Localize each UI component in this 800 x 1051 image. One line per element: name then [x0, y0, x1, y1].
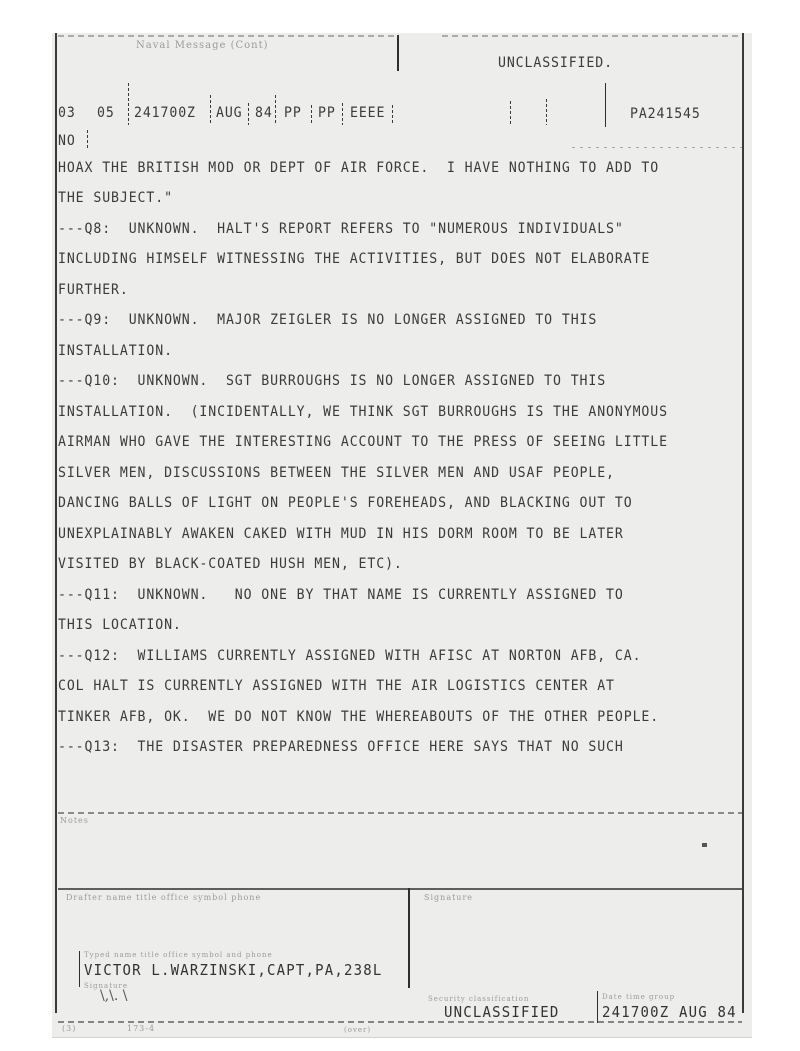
- dtg-label: Date time group: [602, 993, 675, 1001]
- top-rule: [58, 35, 398, 37]
- stray-mark: [702, 843, 707, 847]
- body-line: INSTALLATION. (INCIDENTALLY, WE THINK SG…: [58, 405, 668, 421]
- header-divider: [397, 35, 399, 71]
- field-precedence: 03: [58, 106, 76, 122]
- dtg-value: 241700Z AUG 84: [602, 1005, 737, 1022]
- form-code-right: (over): [344, 1026, 371, 1034]
- form-code-left: (3): [62, 1024, 76, 1033]
- footer-divider: [408, 888, 410, 988]
- body-line: ---Q12: WILLIAMS CURRENTLY ASSIGNED WITH…: [58, 649, 641, 665]
- security-value: UNCLASSIFIED: [444, 1005, 560, 1022]
- dtg-divider: [597, 991, 598, 1023]
- originator-id: PA241545: [630, 107, 701, 123]
- notes-top-rule: [58, 812, 742, 814]
- form-title-faint: Naval Message (Cont): [136, 40, 269, 51]
- body-line: VISITED BY BLACK-COATED HUSH MEN, ETC).: [58, 557, 403, 573]
- header-bottom-rule: [572, 147, 742, 148]
- notes-label: Notes: [60, 816, 89, 825]
- body-line: THE SUBJECT.": [58, 191, 173, 207]
- body-line: TINKER AFB, OK. WE DO NOT KNOW THE WHERE…: [58, 710, 659, 726]
- signature: \,\. \: [100, 988, 128, 1004]
- header-col-divider: [275, 95, 276, 125]
- field-month: AUG: [216, 106, 243, 122]
- body-line: THIS LOCATION.: [58, 618, 182, 634]
- header-col-divider: [87, 130, 88, 150]
- drafter-label: Drafter name title office symbol phone: [66, 893, 261, 902]
- releaser-label: Signature: [424, 893, 473, 902]
- form-code-mid: 173-4: [127, 1024, 155, 1033]
- header-col-divider: [342, 103, 343, 125]
- row-label-no: NO: [58, 134, 76, 150]
- body-line: UNEXPLAINABLY AWAKEN CAKED WITH MUD IN H…: [58, 527, 624, 543]
- signer-name: VICTOR L.WARZINSKI,CAPT,PA,238L: [84, 963, 383, 980]
- field-year: 84: [255, 106, 273, 122]
- drafter-top-rule: [58, 888, 742, 890]
- header-col-divider: [311, 105, 312, 125]
- top-rule-right: [442, 35, 742, 37]
- form-bottom-rule: [58, 1021, 742, 1023]
- body-line: FURTHER.: [58, 283, 129, 299]
- field-prec-action: PP: [284, 106, 302, 122]
- body-line: SILVER MEN, DISCUSSIONS BETWEEN THE SILV…: [58, 466, 615, 482]
- signer-box-edge: [79, 951, 80, 987]
- form-right-border: [742, 33, 744, 1013]
- header-col-divider: [128, 83, 129, 125]
- header-col-divider: [392, 105, 393, 125]
- form-left-border: [55, 33, 57, 1013]
- header-col-divider: [605, 83, 606, 127]
- body-line: ---Q10: UNKNOWN. SGT BURROUGHS IS NO LON…: [58, 374, 606, 390]
- field-seq: 05: [97, 106, 115, 122]
- body-line: ---Q9: UNKNOWN. MAJOR ZEIGLER IS NO LONG…: [58, 313, 597, 329]
- classification-top: UNCLASSIFIED.: [498, 56, 613, 72]
- body-line: ---Q8: UNKNOWN. HALT'S REPORT REFERS TO …: [58, 222, 624, 238]
- typed-name-label: Typed name title office symbol and phone: [84, 951, 273, 959]
- header-col-divider: [510, 101, 511, 125]
- header-col-divider: [210, 95, 211, 125]
- body-line: ---Q13: THE DISASTER PREPAREDNESS OFFICE…: [58, 740, 624, 756]
- body-line: DANCING BALLS OF LIGHT ON PEOPLE'S FOREH…: [58, 496, 633, 512]
- header-col-divider: [546, 99, 547, 125]
- field-prec-info: PP: [318, 106, 336, 122]
- security-label: Security classification: [428, 995, 529, 1003]
- field-dtg: 241700Z: [134, 106, 196, 122]
- body-line: AIRMAN WHO GAVE THE INTERESTING ACCOUNT …: [58, 435, 668, 451]
- body-line: HOAX THE BRITISH MOD OR DEPT OF AIR FORC…: [58, 161, 659, 177]
- body-line: INCLUDING HIMSELF WITNESSING THE ACTIVIT…: [58, 252, 650, 268]
- body-line: INSTALLATION.: [58, 344, 173, 360]
- message-form: Naval Message (Cont) UNCLASSIFIED. 03 05…: [52, 33, 752, 1037]
- field-class-code: EEEE: [350, 106, 385, 122]
- header-col-divider: [248, 103, 249, 125]
- body-line: COL HALT IS CURRENTLY ASSIGNED WITH THE …: [58, 679, 615, 695]
- body-line: ---Q11: UNKNOWN. NO ONE BY THAT NAME IS …: [58, 588, 624, 604]
